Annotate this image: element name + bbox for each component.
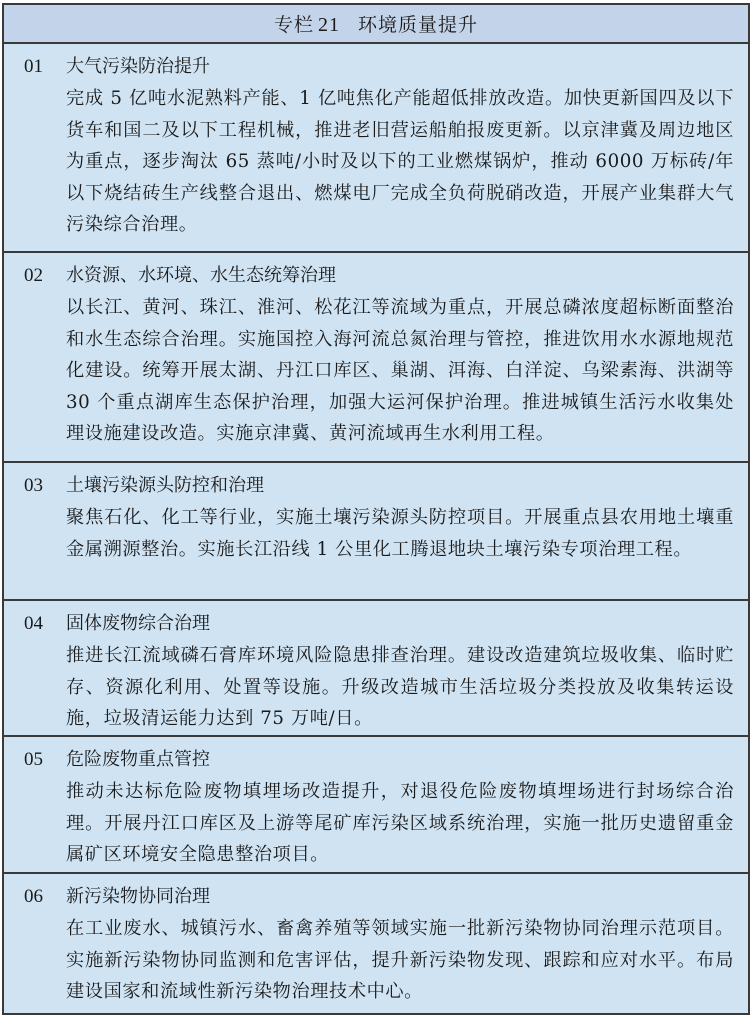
section-06: 06 新污染物协同治理 在工业废水、城镇污水、畜禽养殖等领域实施一批新污染物协同… [4, 874, 748, 1011]
section-index: 01 [24, 56, 66, 78]
section-body: 在工业废水、城镇污水、畜禽养殖等领域实施一批新污染物协同治理示范项目。实施新污染… [66, 913, 734, 1008]
section-title: 危险废物重点管控 [66, 745, 210, 771]
section-title: 水资源、水环境、水生态统筹治理 [66, 261, 336, 287]
section-body: 推动未达标危险废物填埋场改造提升，对退役危险废物填埋场进行封场综合治理。开展丹江… [66, 776, 734, 871]
column-title: 专栏21环境质量提升 [274, 10, 478, 37]
column-number: 21 [318, 14, 340, 36]
section-04: 04 固体废物综合治理 推进长江流域磷石膏库环境风险隐患排查治理。建设改造建筑垃… [4, 601, 748, 737]
section-01: 01 大气污染防治提升 完成 5 亿吨水泥熟料产能、1 亿吨焦化产能超低排放改造… [4, 44, 748, 253]
section-index: 02 [24, 265, 66, 287]
section-body: 以长江、黄河、珠江、淮河、松花江等流域为重点，开展总磷浓度超标断面整治和水生态综… [66, 292, 734, 450]
section-02: 02 水资源、水环境、水生态统筹治理 以长江、黄河、珠江、淮河、松花江等流域为重… [4, 253, 748, 463]
column-header: 专栏21环境质量提升 [4, 5, 748, 44]
section-title: 新污染物协同治理 [66, 882, 210, 908]
column-label: 专栏 [274, 14, 314, 36]
section-03: 03 土壤污染源头防控和治理 聚焦石化、化工等行业，实施土壤污染源头防控项目。开… [4, 463, 748, 601]
section-05: 05 危险废物重点管控 推动未达标危险废物填埋场改造提升，对退役危险废物填埋场进… [4, 737, 748, 874]
section-index: 03 [24, 475, 66, 497]
section-index: 05 [24, 749, 66, 771]
column-box: 专栏21环境质量提升 01 大气污染防治提升 完成 5 亿吨水泥熟料产能、1 亿… [2, 3, 750, 1015]
section-title: 固体废物综合治理 [66, 609, 210, 635]
section-body: 推进长江流域磷石膏库环境风险隐患排查治理。建设改造建筑垃圾收集、临时贮存、资源化… [66, 640, 734, 735]
section-index: 04 [24, 613, 66, 635]
column-heading: 环境质量提升 [358, 14, 478, 36]
section-title: 土壤污染源头防控和治理 [66, 471, 264, 497]
section-title: 大气污染防治提升 [66, 52, 210, 78]
section-body: 完成 5 亿吨水泥熟料产能、1 亿吨焦化产能超低排放改造。加快更新国四及以下货车… [66, 83, 734, 241]
section-index: 06 [24, 886, 66, 908]
section-body: 聚焦石化、化工等行业，实施土壤污染源头防控项目。开展重点县农用地土壤重金属溯源整… [66, 502, 734, 565]
